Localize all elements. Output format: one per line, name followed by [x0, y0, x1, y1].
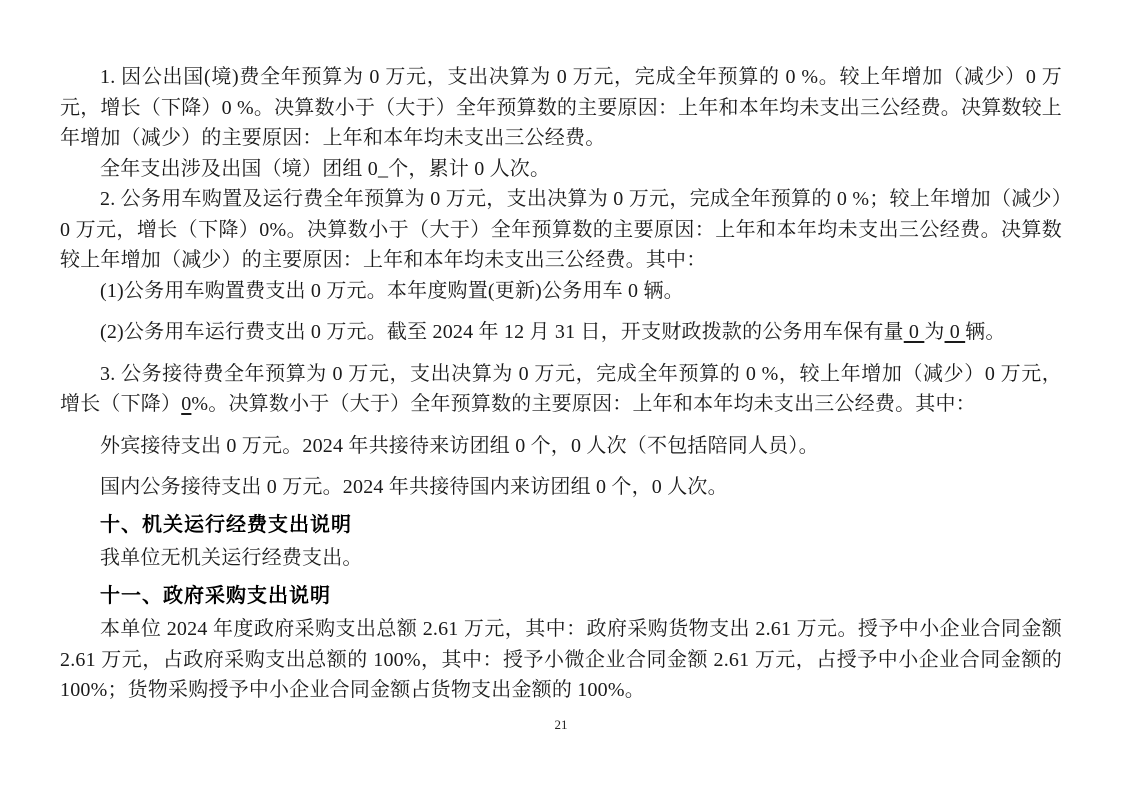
paragraph: 国内公务接待支出 0 万元。2024 年共接待国内来访团组 0 个，0 人次。: [60, 472, 1062, 503]
text-run: 2. 公务用车购置及运行费全年预算为 0 万元，支出决算为 0 万元，完成全年预…: [60, 188, 1062, 271]
text-run: (1)公务用车购置费支出 0 万元。本年度购置(更新)公务用车 0 辆。: [100, 280, 684, 302]
paragraph: (1)公务用车购置费支出 0 万元。本年度购置(更新)公务用车 0 辆。: [60, 276, 1062, 307]
document-body: 1. 因公出国(境)费全年预算为 0 万元，支出决算为 0 万元，完成全年预算的…: [60, 62, 1062, 706]
text-run: 外宾接待支出 0 万元。2024 年共接待来访团组 0 个，0 人次（不包括陪同…: [100, 435, 819, 457]
paragraph: (2)公务用车运行费支出 0 万元。截至 2024 年 12 月 31 日，开支…: [60, 317, 1062, 348]
paragraph: 全年支出涉及出国（境）团组 0_个，累计 0 人次。: [60, 154, 1062, 185]
page-footer: 21: [0, 717, 1122, 733]
paragraph: 我单位无机关运行经费支出。: [60, 543, 1062, 574]
paragraph: 1. 因公出国(境)费全年预算为 0 万元，支出决算为 0 万元，完成全年预算的…: [60, 62, 1062, 154]
underlined-value: 0: [945, 321, 966, 343]
text-run: 1. 因公出国(境)费全年预算为 0 万元，支出决算为 0 万元，完成全年预算的…: [60, 66, 1062, 149]
paragraph: 本单位 2024 年度政府采购支出总额 2.61 万元，其中：政府采购货物支出 …: [60, 614, 1062, 706]
underlined-value: 0: [181, 393, 191, 415]
text-run: (2)公务用车运行费支出 0 万元。截至 2024 年 12 月 31 日，开支…: [100, 321, 904, 343]
page-number: 21: [555, 717, 568, 732]
paragraph: 外宾接待支出 0 万元。2024 年共接待来访团组 0 个，0 人次（不包括陪同…: [60, 431, 1062, 462]
text-run: 全年支出涉及出国（境）团组 0_个，累计 0 人次。: [100, 158, 550, 180]
section-heading: 十一、政府采购支出说明: [60, 581, 1062, 612]
paragraph: 3. 公务接待费全年预算为 0 万元，支出决算为 0 万元，完成全年预算的 0 …: [60, 359, 1062, 420]
paragraph: 2. 公务用车购置及运行费全年预算为 0 万元，支出决算为 0 万元，完成全年预…: [60, 184, 1062, 276]
underlined-value: 0: [904, 321, 925, 343]
text-run: %。决算数小于（大于）全年预算数的主要原因：上年和本年均未支出三公经费。其中：: [191, 393, 975, 415]
text-run: 为: [924, 321, 944, 343]
text-run: 我单位无机关运行经费支出。: [100, 547, 363, 569]
document-page: 1. 因公出国(境)费全年预算为 0 万元，支出决算为 0 万元，完成全年预算的…: [0, 0, 1122, 793]
text-run: 辆。: [965, 321, 1005, 343]
section-heading: 十、机关运行经费支出说明: [60, 510, 1062, 541]
text-run: 本单位 2024 年度政府采购支出总额 2.61 万元，其中：政府采购货物支出 …: [60, 618, 1062, 701]
text-run: 十一、政府采购支出说明: [100, 585, 331, 607]
text-run: 十、机关运行经费支出说明: [100, 514, 352, 536]
text-run: 国内公务接待支出 0 万元。2024 年共接待国内来访团组 0 个，0 人次。: [100, 476, 728, 498]
